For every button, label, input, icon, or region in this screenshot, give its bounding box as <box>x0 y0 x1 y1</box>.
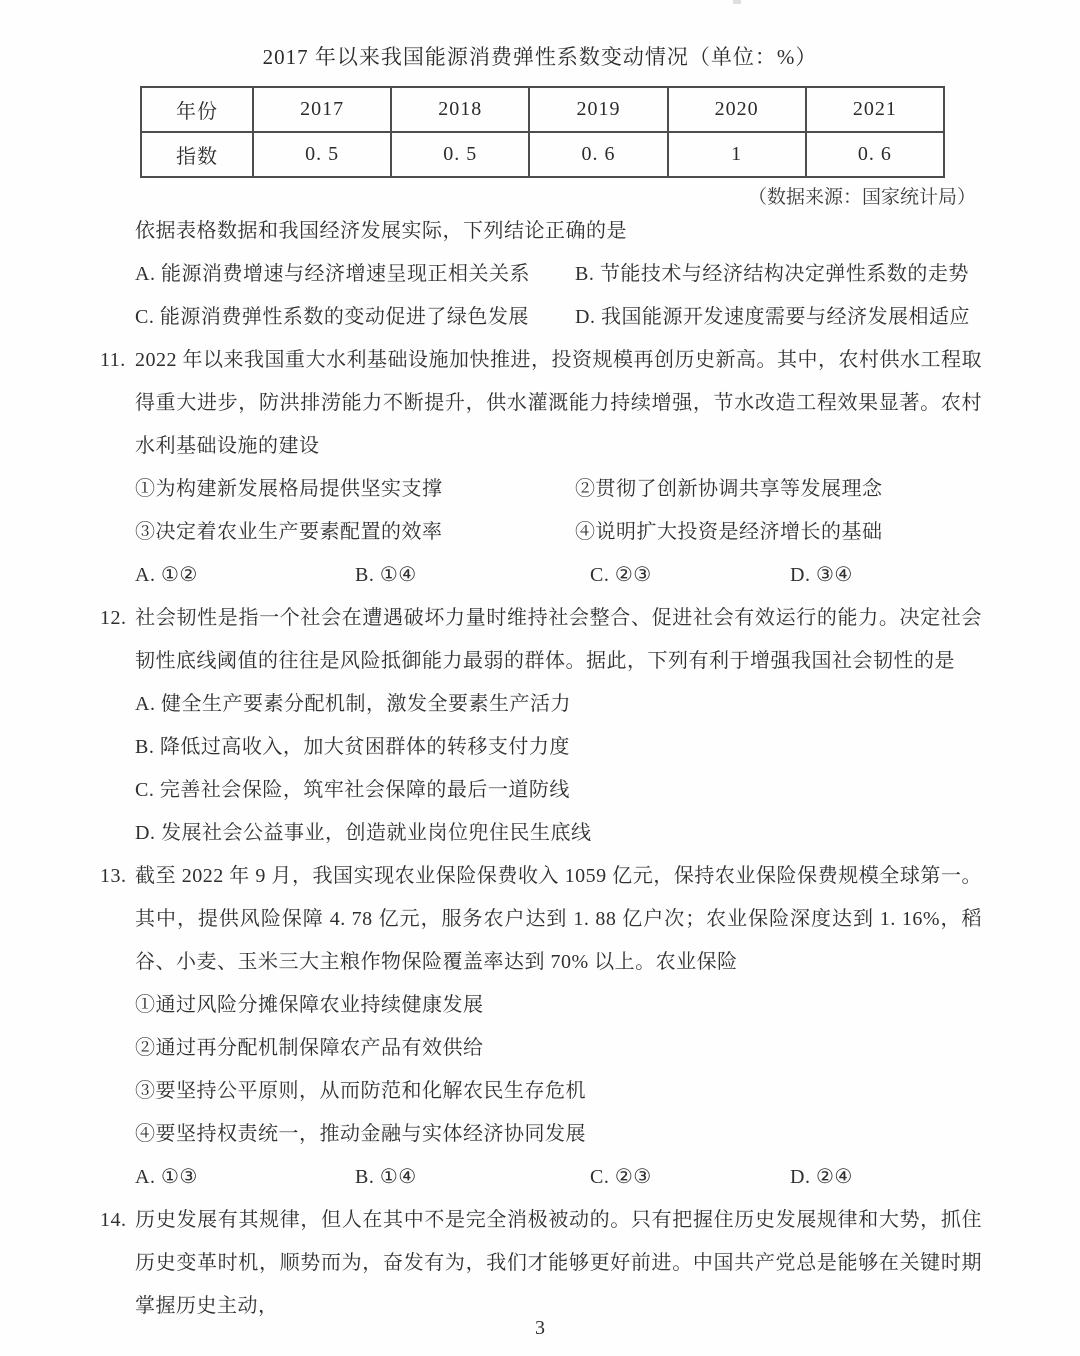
question13-answer-c: C. ②③ <box>590 1156 790 1199</box>
question12-option-a: A. 健全生产要素分配机制，激发全要素生产活力 <box>100 683 982 726</box>
table-value-cell: 0. 6 <box>529 132 667 177</box>
question13-stem: 13.截至 2022 年 9 月，我国实现农业保险保费收入 1059 亿元，保持… <box>100 855 982 984</box>
question10-stem: 依据表格数据和我国经济发展实际，下列结论正确的是 <box>100 210 982 253</box>
question13-number: 13. <box>100 855 135 898</box>
table-row-label: 指数 <box>141 132 253 177</box>
question13-text: 截至 2022 年 9 月，我国实现农业保险保费收入 1059 亿元，保持农业保… <box>135 865 982 973</box>
question10-options-row2: C. 能源消费弹性系数的变动促进了绿色发展 D. 我国能源开发速度需要与经济发展… <box>100 296 982 339</box>
question13-subopt-3: ③要坚持公平原则，从而防范和化解农民生存危机 <box>100 1070 982 1113</box>
question12-option-c: C. 完善社会保险，筑牢社会保障的最后一道防线 <box>100 769 982 812</box>
table-header-cell: 2019 <box>529 87 667 132</box>
question11-subopt-3: ③决定着农业生产要素配置的效率 <box>135 511 575 554</box>
question11-answer-d: D. ③④ <box>790 554 853 597</box>
question11-text: 2022 年以来我国重大水利基础设施加快推进，投资规模再创历史新高。其中，农村供… <box>135 349 982 457</box>
energy-elasticity-table: 年份 2017 2018 2019 2020 2021 指数 0. 5 0. 5… <box>140 86 945 178</box>
question13-answers-row: A. ①③ B. ①④ C. ②③ D. ②④ <box>100 1156 982 1199</box>
scan-artifact <box>733 0 741 4</box>
question14-stem: 14.历史发展有其规律，但人在其中不是完全消极被动的。只有把握住历史发展规律和大… <box>100 1199 982 1328</box>
question10-option-c: C. 能源消费弹性系数的变动促进了绿色发展 <box>135 296 575 339</box>
question13-subopt-4: ④要坚持权责统一，推动金融与实体经济协同发展 <box>100 1113 982 1156</box>
question11-answers-row: A. ①② B. ①④ C. ②③ D. ③④ <box>100 554 982 597</box>
question11-subopt-2: ②贯彻了创新协调共享等发展理念 <box>575 468 883 511</box>
question11-subopt-4: ④说明扩大投资是经济增长的基础 <box>575 511 883 554</box>
question13-subopt-1: ①通过风险分摊保障农业持续健康发展 <box>100 984 982 1027</box>
question14-number: 14. <box>100 1199 135 1242</box>
question13-answer-b: B. ①④ <box>355 1156 590 1199</box>
question10-option-b: B. 节能技术与经济结构决定弹性系数的走势 <box>575 253 969 296</box>
question11-number: 11. <box>100 339 135 382</box>
question13-answer-d: D. ②④ <box>790 1156 853 1199</box>
question11-stem: 11.2022 年以来我国重大水利基础设施加快推进，投资规模再创历史新高。其中，… <box>100 339 982 468</box>
table-header-cell: 2017 <box>253 87 391 132</box>
question13-subopt-2: ②通过再分配机制保障农产品有效供给 <box>100 1027 982 1070</box>
question10-option-a: A. 能源消费增速与经济增速呈现正相关关系 <box>135 253 575 296</box>
table-title: 2017 年以来我国能源消费弹性系数变动情况（单位：%） <box>0 0 1080 70</box>
questions-area: 依据表格数据和我国经济发展实际，下列结论正确的是 A. 能源消费增速与经济增速呈… <box>100 210 982 1328</box>
question11-subopts-row2: ③决定着农业生产要素配置的效率 ④说明扩大投资是经济增长的基础 <box>100 511 982 554</box>
question11-answer-b: B. ①④ <box>355 554 590 597</box>
question10-options-row1: A. 能源消费增速与经济增速呈现正相关关系 B. 节能技术与经济结构决定弹性系数… <box>100 253 982 296</box>
question14-text: 历史发展有其规律，但人在其中不是完全消极被动的。只有把握住历史发展规律和大势，抓… <box>135 1209 982 1317</box>
table-value-cell: 0. 5 <box>253 132 391 177</box>
table-header-cell: 2020 <box>668 87 806 132</box>
table-value-cell: 0. 6 <box>806 132 944 177</box>
question12-option-d: D. 发展社会公益事业，创造就业岗位兜住民生底线 <box>100 812 982 855</box>
question12-stem: 12.社会韧性是指一个社会在遭遇破坏力量时维持社会整合、促进社会有效运行的能力。… <box>100 597 982 683</box>
question12-option-b: B. 降低过高收入，加大贫困群体的转移支付力度 <box>100 726 982 769</box>
data-source-note: （数据来源：国家统计局） <box>0 186 1080 210</box>
table-header-row: 年份 2017 2018 2019 2020 2021 <box>141 87 944 132</box>
table-header-cell: 2018 <box>391 87 529 132</box>
table-header-cell: 2021 <box>806 87 944 132</box>
question10-option-d: D. 我国能源开发速度需要与经济发展相适应 <box>575 296 970 339</box>
table-data-row: 指数 0. 5 0. 5 0. 6 1 0. 6 <box>141 132 944 177</box>
question11-answer-a: A. ①② <box>135 554 355 597</box>
question11-subopt-1: ①为构建新发展格局提供坚实支撑 <box>135 468 575 511</box>
table-header-cell: 年份 <box>141 87 253 132</box>
table-value-cell: 0. 5 <box>391 132 529 177</box>
question12-number: 12. <box>100 597 135 640</box>
page-number: 3 <box>0 1317 1080 1340</box>
question13-answer-a: A. ①③ <box>135 1156 355 1199</box>
exam-page: 2017 年以来我国能源消费弹性系数变动情况（单位：%） 年份 2017 201… <box>0 0 1080 1356</box>
question11-subopts-row1: ①为构建新发展格局提供坚实支撑 ②贯彻了创新协调共享等发展理念 <box>100 468 982 511</box>
question12-text: 社会韧性是指一个社会在遭遇破坏力量时维持社会整合、促进社会有效运行的能力。决定社… <box>135 607 982 672</box>
table-value-cell: 1 <box>668 132 806 177</box>
question11-answer-c: C. ②③ <box>590 554 790 597</box>
